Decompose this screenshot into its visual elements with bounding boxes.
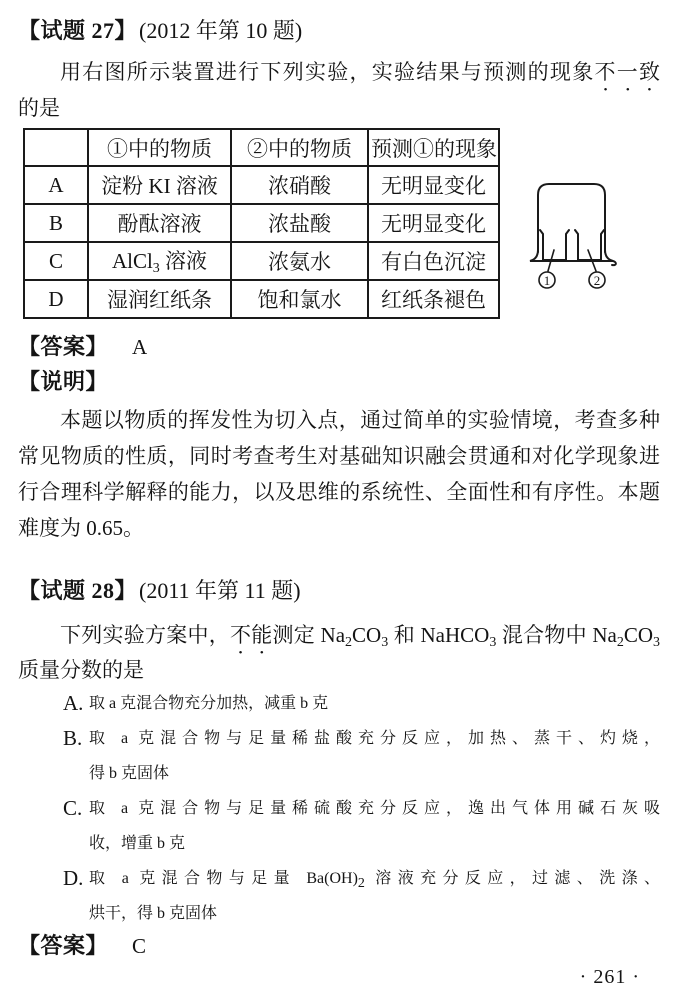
row-label: C (24, 242, 88, 280)
question-28-stem: 下列实验方案中，不能测定 Na2CO3 和 NaHCO3 混合物中 Na2CO3… (18, 618, 660, 688)
scanned-exam-page: 【试题 27】(2012 年第 10 题) 用右图所示装置进行下列实验，实验结果… (0, 0, 676, 1007)
cell-substance2: 浓盐酸 (231, 204, 368, 242)
cell-substance2: 浓氨水 (231, 242, 368, 280)
table-header-row: ①中的物质 ②中的物质 预测①的现象 (24, 129, 499, 166)
beaker-2-label: 2 (594, 273, 601, 288)
answer-value: A (132, 335, 147, 359)
option-line: 取 a 克混合物与足量稀盐酸充分反应，加热、蒸干、灼烧， (89, 721, 660, 756)
question-27-stem: 用右图所示装置进行下列实验，实验结果与预测的现象不一致 的是 (18, 54, 660, 126)
stem-line: 的是 (18, 90, 660, 126)
cell-prediction: 有白色沉淀 (368, 242, 499, 280)
row-label: D (24, 280, 88, 318)
apparatus-diagram: 1 2 (526, 176, 654, 300)
table-row: B 酚酞溶液 浓盐酸 无明显变化 (24, 204, 499, 242)
note-line: 常见物质的性质，同时考查考生对基础知识融会贯通和对化学现象进 (18, 438, 660, 474)
option-marker: D. (63, 861, 89, 931)
page-number: · 261 · (580, 966, 640, 989)
question-27-heading: 【试题 27】(2012 年第 10 题) (18, 18, 302, 44)
option-b: B. 取 a 克混合物与足量稀盐酸充分反应，加热、蒸干、灼烧， 得 b 克固体 (63, 721, 660, 791)
question-27-tag: 【试题 27】 (18, 18, 137, 43)
table-row: D 湿润红纸条 饱和氯水 红纸条褪色 (24, 280, 499, 318)
note-line: 行合理科学解释的能力，以及思维的系统性、全面性和有序性。本题 (18, 474, 660, 510)
cell-substance2: 浓硝酸 (231, 166, 368, 204)
option-d: D. 取 a 克混合物与足量 Ba(OH)2 溶液充分反应，过滤、洗涤、 烘干，… (63, 861, 660, 931)
cell-substance1: AlCl3 溶液 (88, 242, 231, 280)
row-label: B (24, 204, 88, 242)
cell-prediction: 无明显变化 (368, 204, 499, 242)
table-row: A 淀粉 KI 溶液 浓硝酸 无明显变化 (24, 166, 499, 204)
option-marker: C. (63, 791, 89, 861)
option-marker: A. (63, 686, 89, 721)
stem-line: 质量分数的是 (18, 653, 660, 688)
cell-substance1: 湿润红纸条 (88, 280, 231, 318)
question-27-answer-line: 【答案】A (18, 334, 147, 360)
stem-line: 用右图所示装置进行下列实验，实验结果与预测的现象不一致 (18, 54, 660, 90)
option-line: 烘干，得 b 克固体 (89, 896, 660, 931)
question-28-tag: 【试题 28】 (18, 578, 137, 603)
experiment-table: ①中的物质 ②中的物质 预测①的现象 A 淀粉 KI 溶液 浓硝酸 无明显变化 … (23, 128, 500, 319)
option-line: 取 a 克混合物与足量 Ba(OH)2 溶液充分反应，过滤、洗涤、 (89, 861, 660, 896)
header-cell-substance2: ②中的物质 (231, 129, 368, 166)
cell-substance1: 淀粉 KI 溶液 (88, 166, 231, 204)
row-label: A (24, 166, 88, 204)
question-28-heading: 【试题 28】(2011 年第 11 题) (18, 578, 301, 604)
stem-line: 下列实验方案中，不能测定 Na2CO3 和 NaHCO3 混合物中 Na2CO3 (18, 618, 660, 653)
bell-jar (538, 184, 605, 252)
cell-substance2: 饱和氯水 (231, 280, 368, 318)
header-cell-prediction: 预测①的现象 (368, 129, 499, 166)
option-a: A. 取 a 克混合物充分加热，减重 b 克 (63, 686, 660, 721)
header-cell-blank (24, 129, 88, 166)
header-cell-substance1: ①中的物质 (88, 129, 231, 166)
option-line: 得 b 克固体 (89, 756, 660, 791)
note-line: 本题以物质的挥发性为切入点，通过简单的实验情境，考查多种 (18, 402, 660, 438)
option-line: 取 a 克混合物与足量稀硫酸充分反应，逸出气体用碱石灰吸 (89, 791, 660, 826)
answer-tag: 【答案】 (18, 933, 108, 958)
table-row: C AlCl3 溶液 浓氨水 有白色沉淀 (24, 242, 499, 280)
question-27-note: 本题以物质的挥发性为切入点，通过简单的实验情境，考查多种 常见物质的性质，同时考… (18, 402, 660, 546)
answer-tag: 【答案】 (18, 334, 108, 359)
note-tag: 【说明】 (18, 369, 108, 394)
answer-value: C (132, 934, 146, 958)
option-c: C. 取 a 克混合物与足量稀硫酸充分反应，逸出气体用碱石灰吸 收，增重 b 克 (63, 791, 660, 861)
bell-jar-lip-curl (612, 261, 616, 265)
option-line: 取 a 克混合物充分加热，减重 b 克 (89, 686, 660, 721)
beaker-1 (540, 230, 569, 260)
option-marker: B. (63, 721, 89, 791)
cell-substance1: 酚酞溶液 (88, 204, 231, 242)
question-28-answer-line: 【答案】C (18, 933, 146, 959)
option-line: 收，增重 b 克 (89, 826, 660, 861)
question-27-note-tag-line: 【说明】 (18, 369, 108, 395)
note-line: 难度为 0.65。 (18, 510, 660, 546)
question-28-source: (2011 年第 11 题) (139, 578, 301, 603)
question-27-source: (2012 年第 10 题) (139, 18, 302, 43)
cell-prediction: 无明显变化 (368, 166, 499, 204)
question-28-options: A. 取 a 克混合物充分加热，减重 b 克 B. 取 a 克混合物与足量稀盐酸… (63, 686, 660, 931)
cell-prediction: 红纸条褪色 (368, 280, 499, 318)
beaker-1-label: 1 (544, 273, 551, 288)
